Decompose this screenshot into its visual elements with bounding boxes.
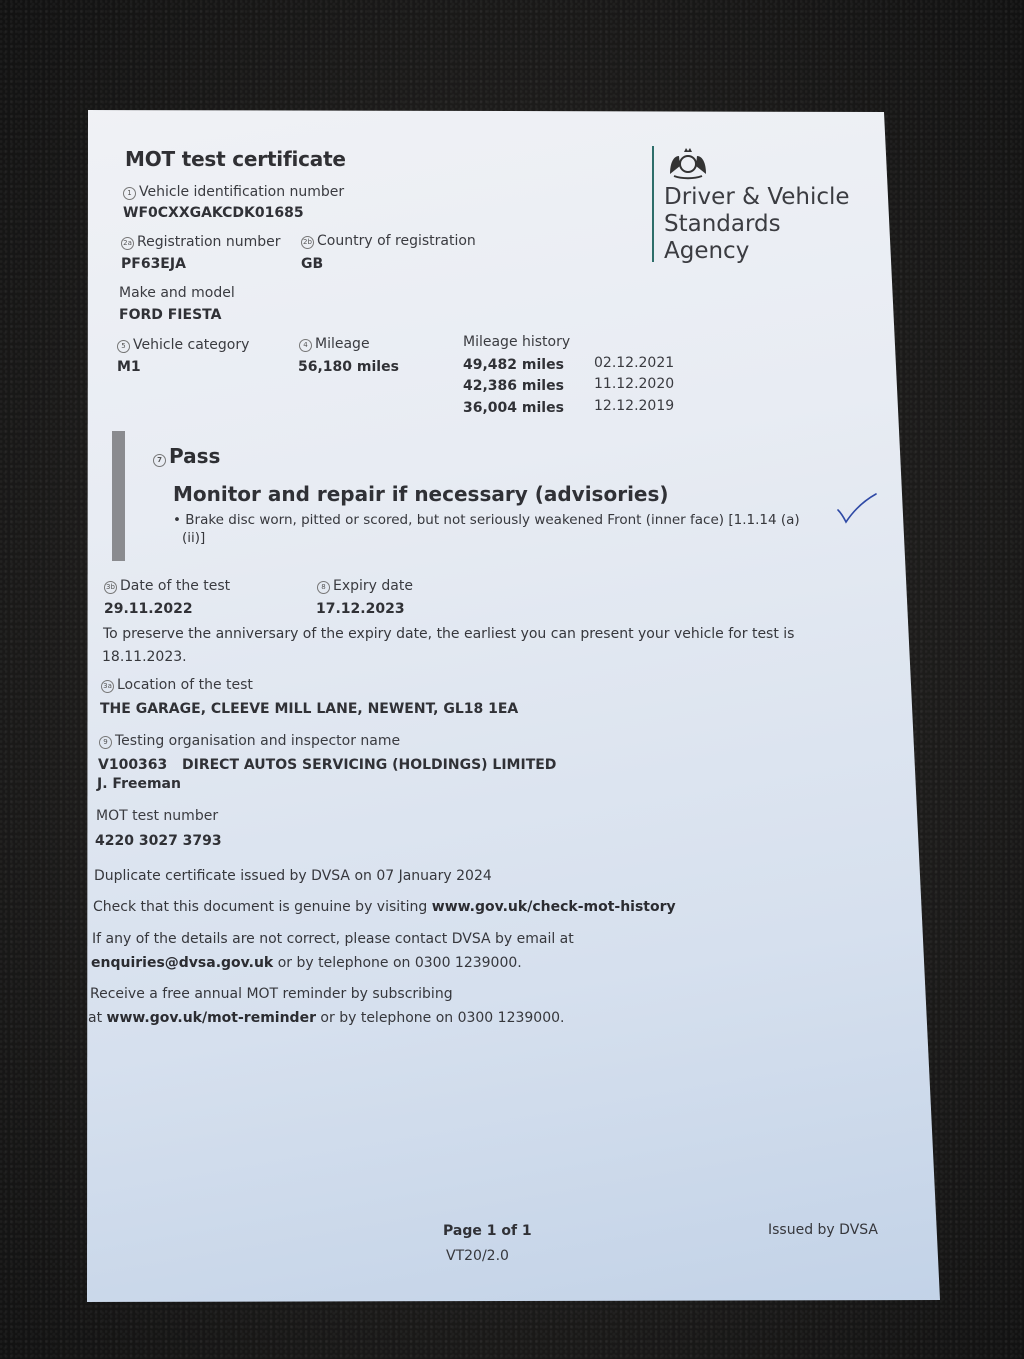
mileage-history-miles: 49,482 miles [463,357,564,373]
registration-value: PF63EJA [121,256,186,272]
agency-name-line-3: Agency [664,238,749,264]
field-number-icon: 3a [101,680,114,693]
issued-by: Issued by DVSA [768,1222,878,1238]
field-number-icon: 5 [117,340,130,353]
advisories-heading: Monitor and repair if necessary (advisor… [173,482,669,506]
result-status: 7Pass [153,444,220,468]
mot-reminder-link[interactable]: www.gov.uk/mot-reminder [107,1010,316,1026]
expiry-date-label: 8Expiry date [317,578,413,594]
field-number-icon: 2b [301,236,314,249]
field-number-icon: 8 [317,581,330,594]
field-number-icon: 1 [123,187,136,200]
organisation-code: V100363 [98,757,167,773]
country-value: GB [301,256,323,272]
check-genuine-note: Check that this document is genuine by v… [93,899,676,915]
contact-email-link[interactable]: enquiries@dvsa.gov.uk [91,955,273,971]
duplicate-note: Duplicate certificate issued by DVSA on … [94,868,492,884]
result-indicator-bar [112,431,125,561]
mileage-history-label: Mileage history [463,334,570,350]
make-model-value: FORD FIESTA [119,307,221,323]
field-number-icon: 4 [299,339,312,352]
organisation-name: DIRECT AUTOS SERVICING (HOLDINGS) LIMITE… [182,757,556,773]
location-label: 3aLocation of the test [101,677,253,693]
field-number-icon: 7 [153,454,166,467]
advisory-item-continued: (ii)] [182,530,205,546]
test-date-label: 3bDate of the test [104,578,230,594]
test-date-value: 29.11.2022 [104,601,193,617]
vin-value: WF0CXXGAKCDK01685 [123,205,304,221]
page-number: Page 1 of 1 [443,1223,532,1239]
mileage-history-date: 02.12.2021 [594,355,674,371]
handwritten-tick-icon [836,490,878,526]
advisory-item: • Brake disc worn, pitted or scored, but… [173,512,800,528]
anniversary-note: To preserve the anniversary of the expir… [103,626,794,642]
reminder-note-continued: at www.gov.uk/mot-reminder or by telepho… [88,1010,564,1026]
test-number-label: MOT test number [96,808,218,824]
category-label: 5Vehicle category [117,337,249,353]
category-value: M1 [117,359,141,375]
mileage-history-miles: 36,004 miles [463,400,564,416]
make-model-label: Make and model [119,285,235,301]
mileage-value: 56,180 miles [298,359,399,375]
mileage-history-date: 11.12.2020 [594,376,674,392]
vin-label: 1Vehicle identification number [123,184,344,200]
organisation-label: 9Testing organisation and inspector name [99,733,400,749]
registration-label: 2aRegistration number [121,234,281,250]
anniversary-note-date: 18.11.2023. [102,649,187,665]
mileage-history-date: 12.12.2019 [594,398,674,414]
page-title: MOT test certificate [125,147,346,171]
reminder-note: Receive a free annual MOT reminder by su… [90,986,453,1002]
agency-name-line-1: Driver & Vehicle [664,184,850,210]
check-mot-history-link[interactable]: www.gov.uk/check-mot-history [432,899,676,915]
field-number-icon: 3b [104,581,117,594]
country-label: 2bCountry of registration [301,233,476,249]
test-number-value: 4220 3027 3793 [95,833,222,849]
agency-divider [652,146,654,262]
agency-name-line-2: Standards [664,211,781,237]
mot-certificate-page: MOT test certificate 1Vehicle identifica… [0,0,1024,1359]
field-number-icon: 9 [99,736,112,749]
contact-note: If any of the details are not correct, p… [92,931,574,947]
location-value: THE GARAGE, CLEEVE MILL LANE, NEWENT, GL… [100,701,518,717]
expiry-date-value: 17.12.2023 [316,601,405,617]
field-number-icon: 2a [121,237,134,250]
mileage-label: 4Mileage [299,336,370,352]
contact-note-continued: enquiries@dvsa.gov.uk or by telephone on… [91,955,522,971]
inspector-name: J. Freeman [97,776,181,792]
form-code: VT20/2.0 [446,1248,509,1264]
royal-crest-icon [666,144,710,180]
mileage-history-miles: 42,386 miles [463,378,564,394]
